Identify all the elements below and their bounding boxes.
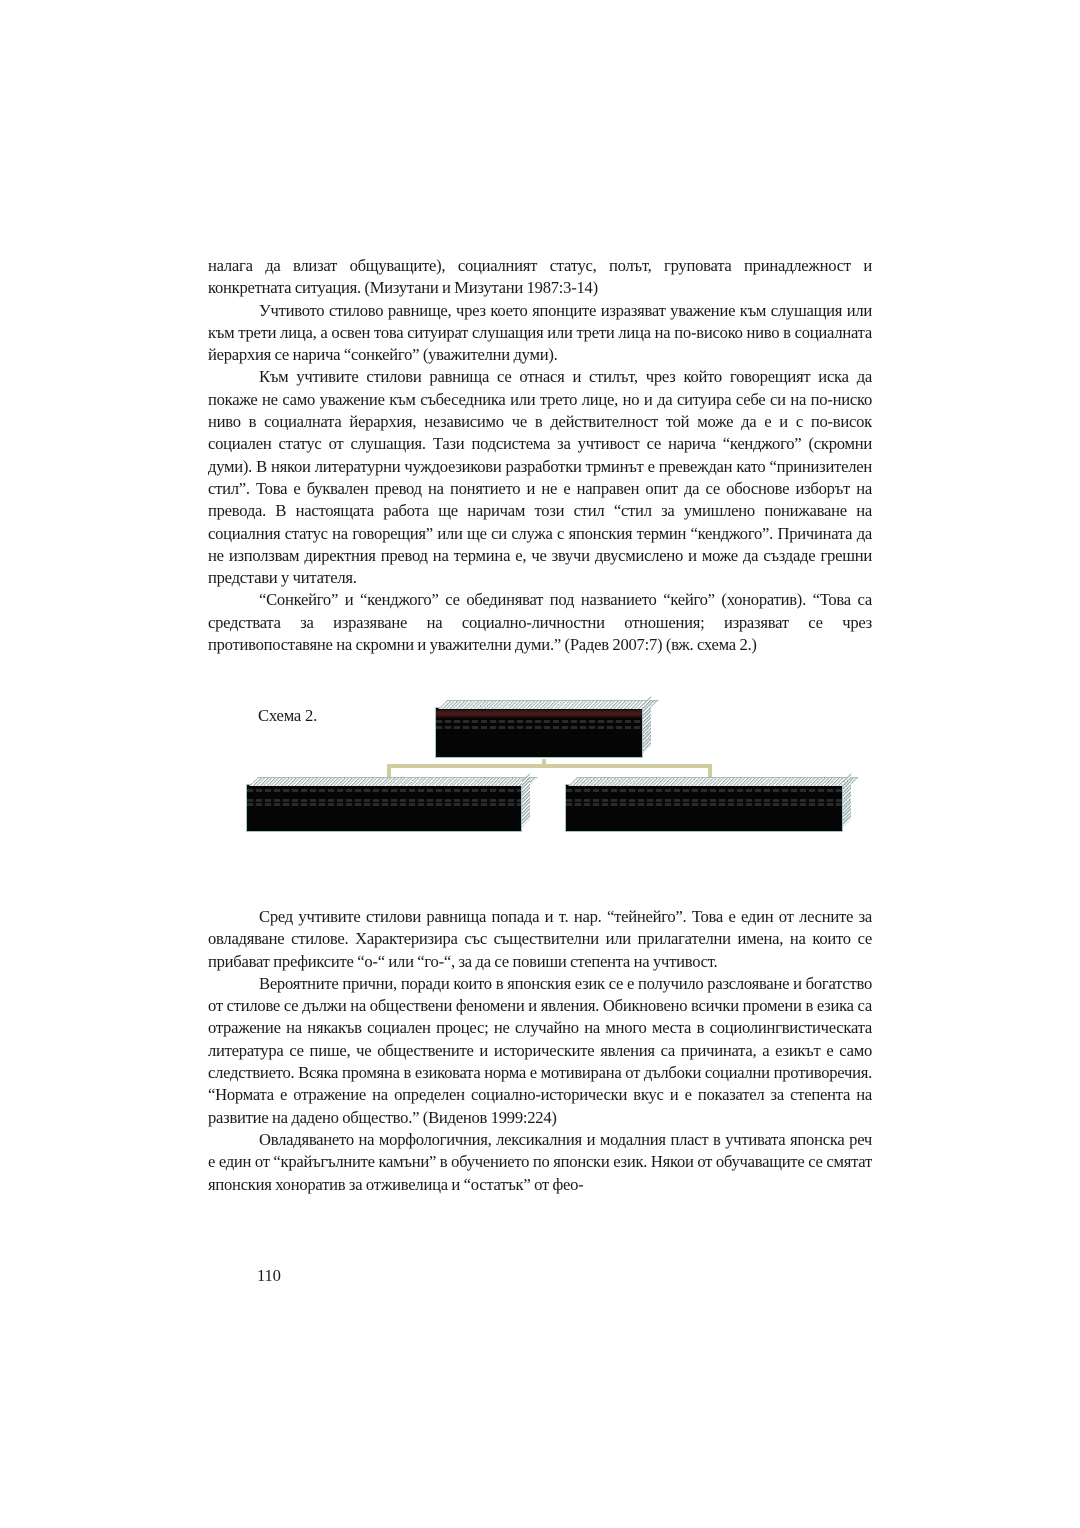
paragraph: “Сонкейго” и “кенджого” се обединяват по… <box>208 589 872 656</box>
body-text-bottom: Сред учтивите стилови равнища попада и т… <box>208 906 872 1196</box>
paragraph: Учтивото стилово равнище, чрез което япо… <box>208 300 872 367</box>
body-text-top: налага да влизат общуващите), социалният… <box>208 255 872 656</box>
paragraph: Към учтивите стилови равнища се отнася и… <box>208 366 872 589</box>
paragraph: Овладяването на морфологичния, лексикалн… <box>208 1129 872 1196</box>
paragraph: Сред учтивите стилови равнища попада и т… <box>208 906 872 973</box>
diagram-node-top <box>435 707 643 758</box>
document-page: налага да влизат общуващите), социалният… <box>0 0 1080 1528</box>
paragraph: налага да влизат общуващите), социалният… <box>208 255 872 300</box>
connector-line <box>708 764 712 778</box>
paragraph: Вероятните прични, поради които в японск… <box>208 973 872 1129</box>
page-number: 110 <box>257 1266 281 1286</box>
diagram-node-right <box>565 784 843 832</box>
scheme-2-diagram: Схема 2. <box>240 695 860 840</box>
connector-line <box>387 764 391 778</box>
connector-line <box>387 764 712 768</box>
diagram-node-left <box>246 784 522 832</box>
diagram-caption: Схема 2. <box>258 706 317 726</box>
